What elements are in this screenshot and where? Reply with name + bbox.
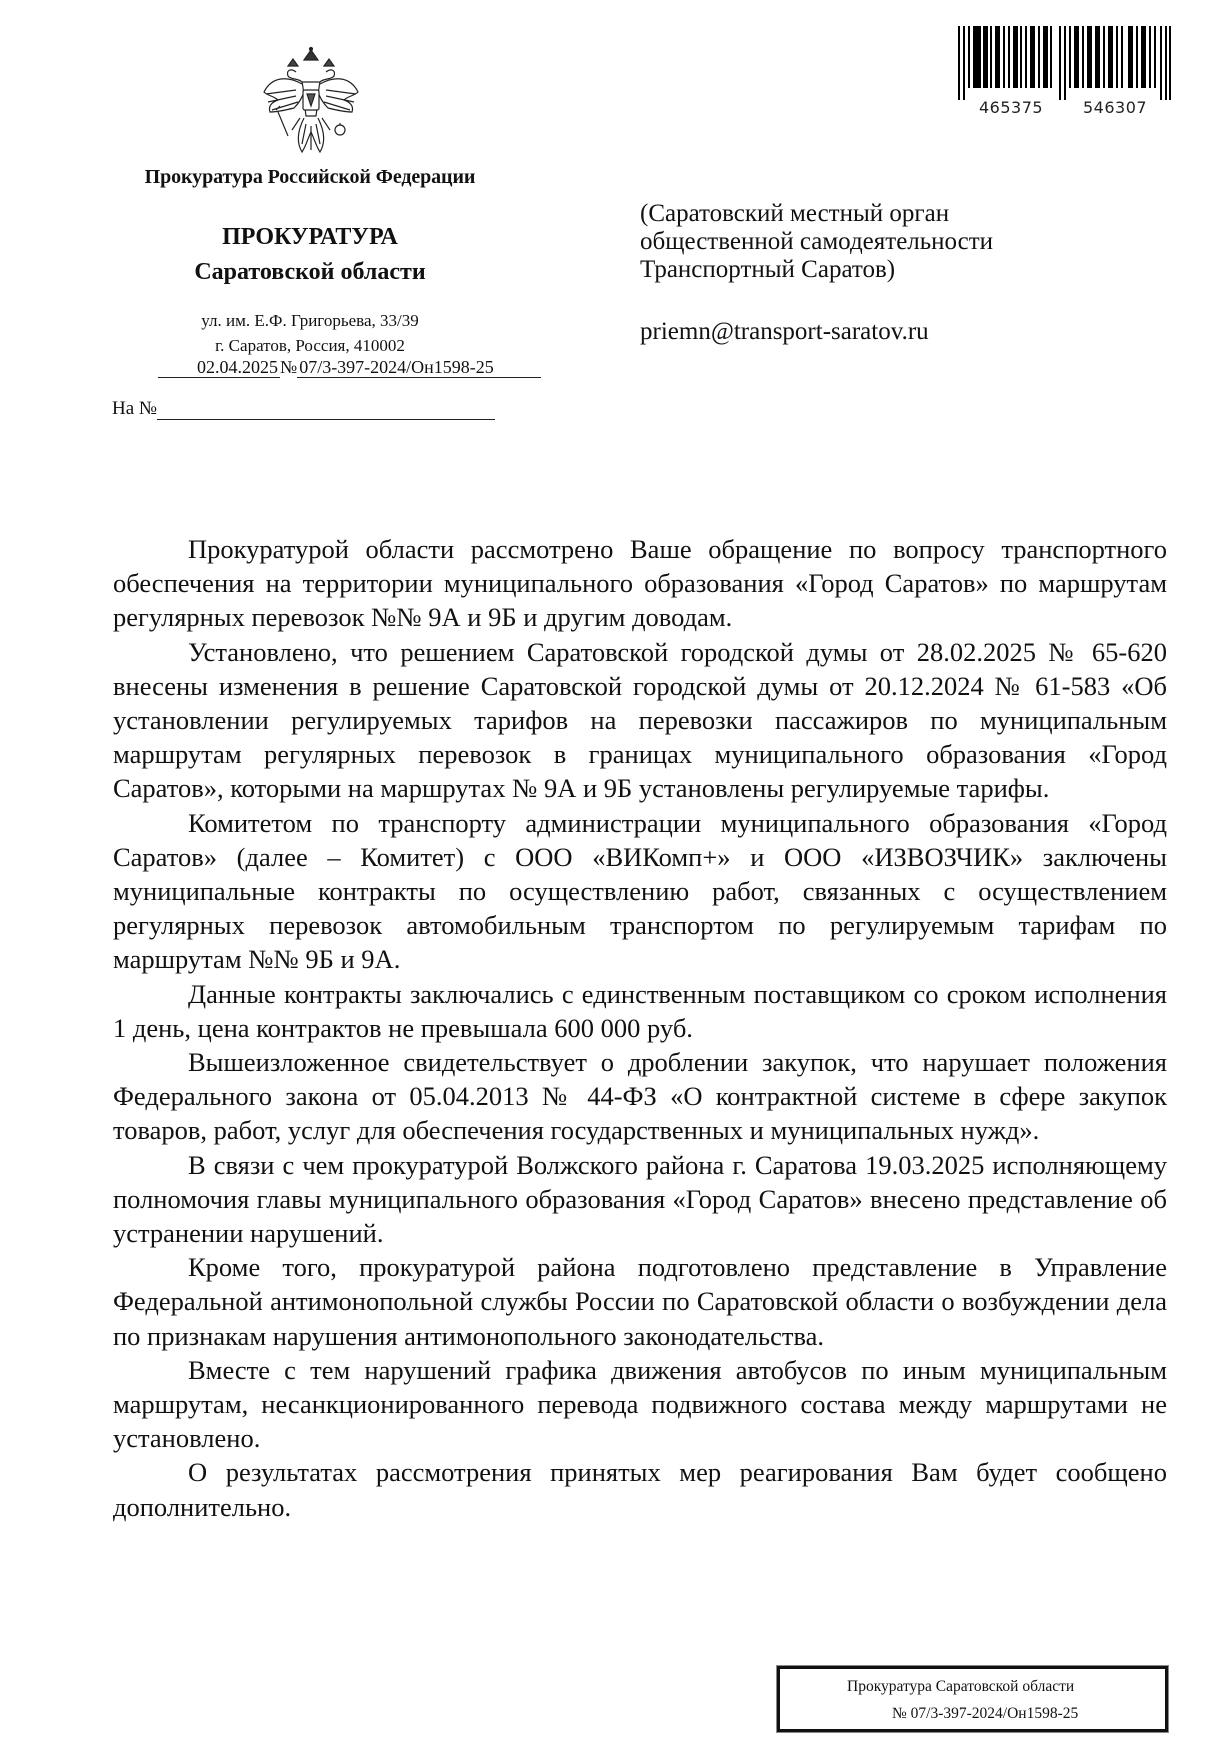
recipient-email: priemn@transport-saratov.ru xyxy=(640,318,929,346)
reg-number: 07/3-397-2024/Он1598-25 xyxy=(297,357,541,378)
coat-of-arms-icon xyxy=(258,46,364,170)
paragraph: Комитетом по транспорту администрации му… xyxy=(113,806,1167,977)
stamp-number: № 07/3-397-2024/Он1598-25 xyxy=(892,1705,1078,1723)
org-address: ул. им. Е.Ф. Григорьева, 33/39 г. Сарато… xyxy=(106,308,514,358)
org-title-line2: Саратовской области xyxy=(106,255,514,290)
paragraph: Прокуратурой области рассмотрено Ваше об… xyxy=(113,532,1167,635)
reg-date: 02.04.2025 xyxy=(158,357,280,378)
reference-blank xyxy=(157,400,495,420)
barcode xyxy=(958,26,1172,100)
recipient-line3: Транспортный Саратов) xyxy=(640,256,1160,284)
org-federal-name: Прокуратура Российской Федерации xyxy=(106,166,514,189)
recipient-line1: (Саратовский местный орган xyxy=(640,200,1160,228)
reference-line: На № xyxy=(112,398,495,420)
org-title: ПРОКУРАТУРА Саратовской области xyxy=(106,220,514,290)
barcode-digits-left: 465375 xyxy=(979,98,1043,117)
address-line2: г. Саратов, Россия, 410002 xyxy=(106,333,514,358)
recipient-block: (Саратовский местный орган общественной … xyxy=(640,200,1160,284)
org-title-line1: ПРОКУРАТУРА xyxy=(106,220,514,255)
address-line1: ул. им. Е.Ф. Григорьева, 33/39 xyxy=(106,308,514,333)
registration-line: 02.04.2025№07/3-397-2024/Он1598-25 xyxy=(158,357,541,378)
paragraph: Установлено, что решением Саратовской го… xyxy=(113,635,1167,806)
letter-body: Прокуратурой области рассмотрено Ваше об… xyxy=(113,532,1167,1524)
paragraph: Кроме того, прокуратурой района подготов… xyxy=(113,1250,1167,1353)
paragraph: Вышеизложенное свидетельствует о дроблен… xyxy=(113,1045,1167,1148)
reg-number-sign: № xyxy=(280,357,297,377)
paragraph: Вместе с тем нарушений графика движения … xyxy=(113,1353,1167,1456)
registration-stamp: Прокуратура Саратовской области № 07/3-3… xyxy=(777,1666,1168,1732)
stamp-org: Прокуратура Саратовской области xyxy=(847,1678,1074,1696)
paragraph: Данные контракты заключались с единствен… xyxy=(113,977,1167,1045)
paragraph: В связи с чем прокуратурой Волжского рай… xyxy=(113,1148,1167,1251)
paragraph: О результатах рассмотрения принятых мер … xyxy=(113,1455,1167,1523)
barcode-digits-right: 546307 xyxy=(1083,98,1147,117)
reference-label: На № xyxy=(112,398,157,419)
recipient-line2: общественной самодеятельности xyxy=(640,228,1160,256)
